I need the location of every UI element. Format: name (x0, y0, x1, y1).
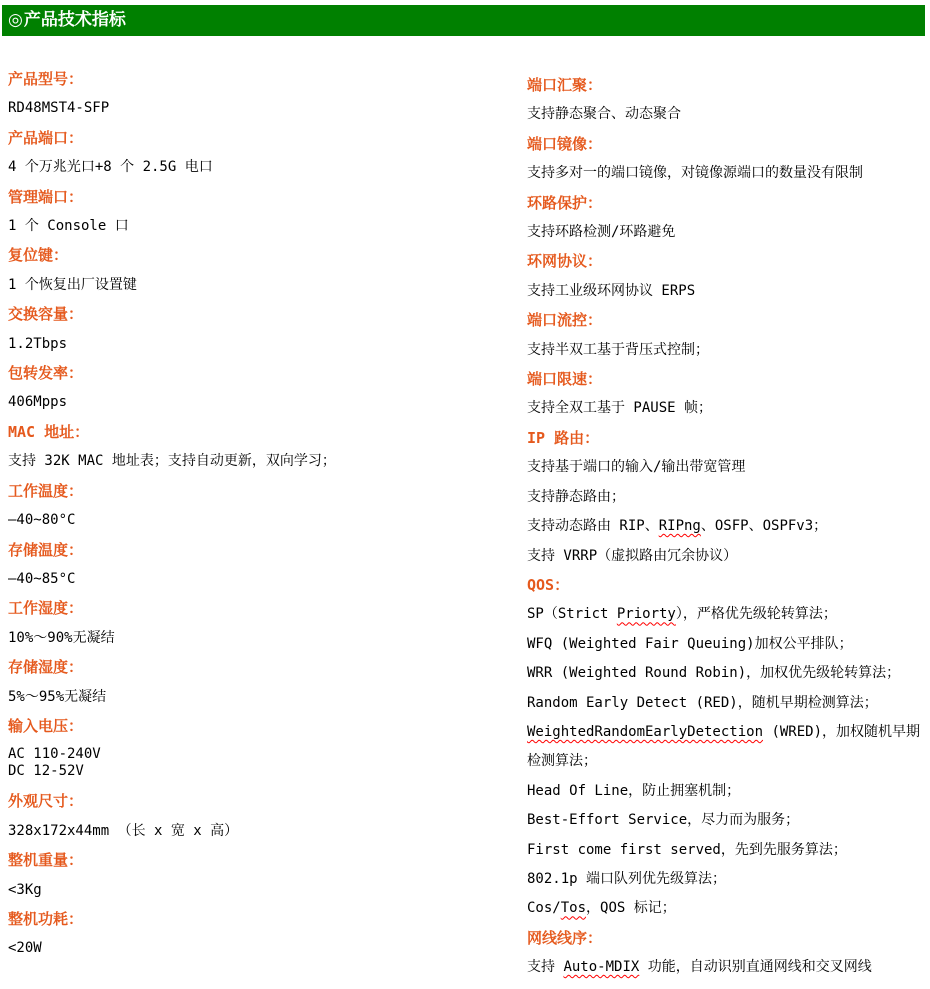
spec-heading: 产品型号： (8, 65, 503, 94)
bullet-icon: ◎ (8, 10, 23, 30)
spec-value: Best-Effort Service，尽力而为服务； (527, 806, 930, 835)
spec-value: First come first served，先到先服务算法； (527, 836, 930, 865)
spec-heading: 端口限速： (527, 365, 930, 394)
spec-heading: 外观尺寸： (8, 787, 503, 816)
spec-heading: 存储湿度： (8, 653, 503, 682)
spec-value: WeightedRandomEarlyDetection (WRED)，加权随机… (527, 718, 930, 777)
spec-heading: 交换容量： (8, 300, 503, 329)
spec-heading: 整机功耗： (8, 905, 503, 934)
spec-value: 支持全双工基于 PAUSE 帧； (527, 394, 930, 423)
spec-value: SP（Strict Priorty），严格优先级轮转算法； (527, 600, 930, 629)
spec-value: 5%～95%无凝结 (8, 683, 503, 712)
spec-value: 支持动态路由 RIP、RIPng、OSFP、OSPFv3； (527, 512, 930, 541)
spec-value: 支持 Auto-MDIX 功能，自动识别直通网线和交叉网线 (527, 953, 930, 982)
spec-value: 支持 32K MAC 地址表；支持自动更新，双向学习； (8, 447, 503, 476)
spec-value: Cos/Tos，QOS 标记； (527, 894, 930, 923)
spec-heading: MAC 地址： (8, 418, 503, 447)
spec-value: 4 个万兆光口+8 个 2.5G 电口 (8, 153, 503, 182)
spec-value-text: ，QOS 标记； (586, 900, 676, 916)
spec-value: 支持静态聚合、动态聚合 (527, 100, 930, 129)
spec-value: 1 个 Console 口 (8, 212, 503, 241)
spec-value: —40~85°C (8, 565, 503, 594)
spec-value-text: Cos/ (527, 900, 561, 916)
spec-value: 支持工业级环网协议 ERPS (527, 277, 930, 306)
misspelled-word: Auto-MDIX (563, 959, 639, 975)
spec-heading: 端口流控： (527, 306, 930, 335)
spec-heading: 存储温度： (8, 536, 503, 565)
spec-value: 支持 VRRP（虚拟路由冗余协议） (527, 542, 930, 571)
section-title: 产品技术指标 (24, 10, 126, 30)
spec-heading: 环路保护： (527, 189, 930, 218)
spec-value-text: 、OSFP、OSPFv3； (701, 518, 827, 534)
spec-value: 1.2Tbps (8, 330, 503, 359)
spec-column-right: 端口汇聚：支持静态聚合、动态聚合端口镜像：支持多对一的端口镜像，对镜像源端口的数… (527, 71, 930, 983)
spec-heading: 工作湿度： (8, 594, 503, 623)
spec-heading: 网线线序： (527, 924, 930, 953)
spec-heading: 整机重量： (8, 846, 503, 875)
spec-value: 802.1p 端口队列优先级算法； (527, 865, 930, 894)
spec-heading: 包转发率： (8, 359, 503, 388)
spec-value: Random Early Detect (RED)，随机早期检测算法； (527, 689, 930, 718)
section-header: ◎产品技术指标 (2, 5, 925, 36)
spec-heading: 输入电压： (8, 712, 503, 741)
spec-value: <3Kg (8, 876, 503, 905)
misspelled-word: Tos (561, 900, 586, 916)
spec-heading: 端口镜像： (527, 130, 930, 159)
misspelled-word: RIPng (659, 518, 701, 534)
spec-value: 支持环路检测/环路避免 (527, 218, 930, 247)
spec-value: WFQ (Weighted Fair Queuing)加权公平排队； (527, 630, 930, 659)
spec-heading: IP 路由： (527, 424, 930, 453)
spec-heading: 复位键： (8, 241, 503, 270)
product-spec-page: ◎产品技术指标 产品型号：RD48MST4-SFP产品端口：4 个万兆光口+8 … (0, 0, 930, 989)
spec-value: 328x172x44mm （长 x 宽 x 高） (8, 817, 503, 846)
spec-value-text: SP（Strict (527, 606, 617, 622)
misspelled-word: Priorty (617, 606, 676, 622)
spec-value: 支持多对一的端口镜像，对镜像源端口的数量没有限制 (527, 159, 930, 188)
spec-value: 支持静态路由； (527, 483, 930, 512)
spec-value: RD48MST4-SFP (8, 94, 503, 123)
spec-heading: 端口汇聚： (527, 71, 930, 100)
spec-value: 支持半双工基于背压式控制； (527, 336, 930, 365)
spec-value: <20W (8, 934, 503, 963)
spec-value-text: ），严格优先级轮转算法； (676, 606, 837, 622)
spec-value: Head Of Line，防止拥塞机制； (527, 777, 930, 806)
spec-value-text: 支持动态路由 RIP、 (527, 518, 659, 534)
spec-value: —40~80°C (8, 506, 503, 535)
spec-value: AC 110-240VDC 12-52V (8, 741, 503, 787)
misspelled-word: WeightedRandomEarlyDetection (527, 724, 763, 740)
spec-value-text: 功能，自动识别直通网线和交叉网线 (639, 959, 871, 975)
spec-heading: 工作温度： (8, 477, 503, 506)
spec-column-left: 产品型号：RD48MST4-SFP产品端口：4 个万兆光口+8 个 2.5G 电… (8, 65, 503, 964)
spec-heading: 管理端口： (8, 183, 503, 212)
spec-value: 10%～90%无凝结 (8, 624, 503, 653)
spec-value-text: 支持 (527, 959, 563, 975)
spec-value: 1 个恢复出厂设置键 (8, 271, 503, 300)
spec-value: WRR (Weighted Round Robin)，加权优先级轮转算法； (527, 659, 930, 688)
spec-heading: QOS： (527, 571, 930, 600)
spec-heading: 产品端口： (8, 124, 503, 153)
spec-value: 支持基于端口的输入/输出带宽管理 (527, 453, 930, 482)
spec-value: 406Mpps (8, 388, 503, 417)
spec-heading: 环网协议： (527, 247, 930, 276)
